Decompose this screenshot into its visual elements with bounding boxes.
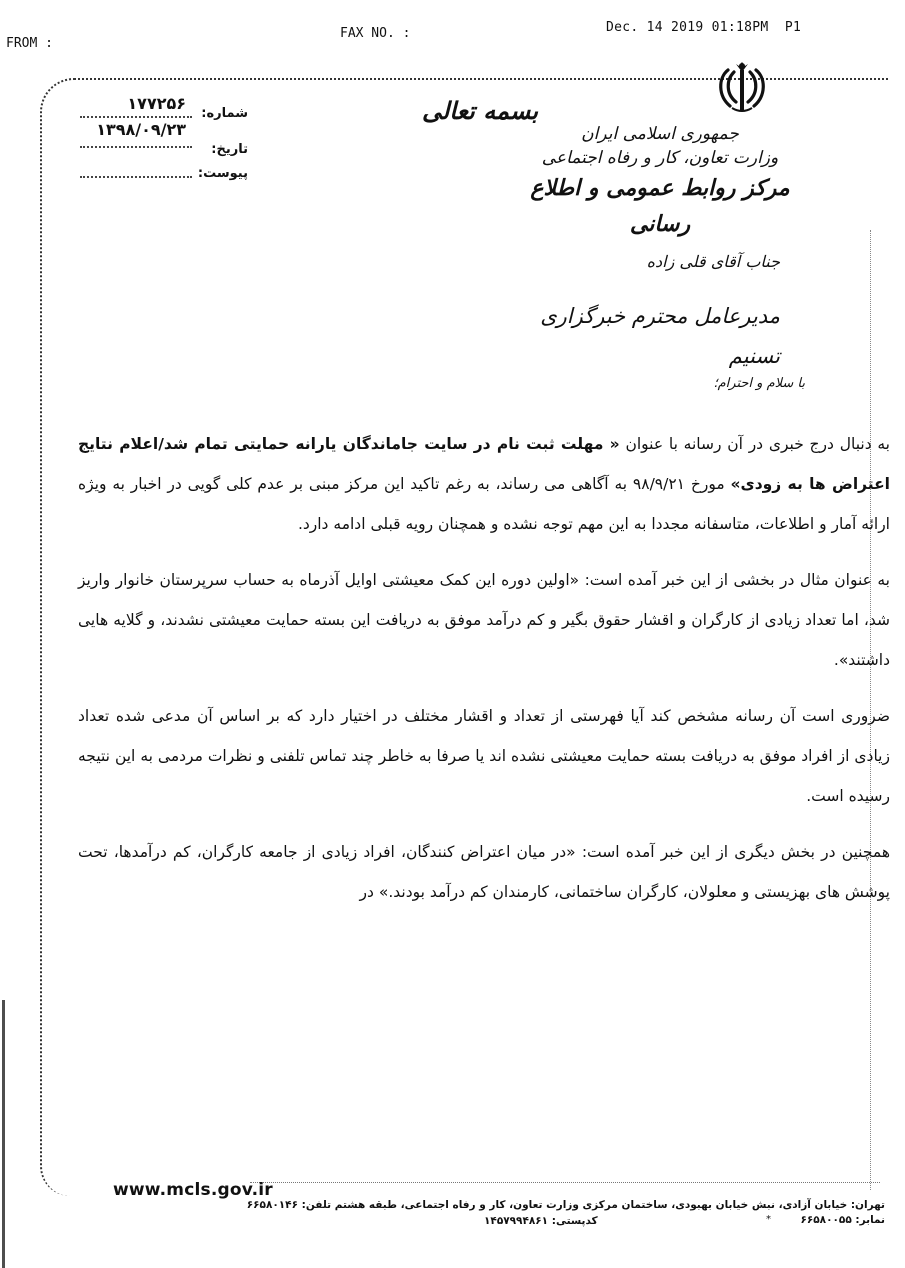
recipient-title: مدیرعامل محترم خبرگزاری تسنیم bbox=[520, 296, 780, 376]
fax-header: FROM : FAX NO. : Dec. 14 2019 01:18PM P1 bbox=[0, 18, 905, 42]
fax-from-label: FROM : bbox=[6, 36, 53, 51]
letter-number-value: ۱۷۷۲۵۶ bbox=[127, 94, 186, 113]
letter-meta: شماره: ۱۷۷۲۵۶ تاریخ: ۱۳۹۸/۰۹/۲۳ پیوست: bbox=[78, 96, 248, 180]
body-paragraph-1: به دنبال درج خبری در آن رسانه با عنوان «… bbox=[78, 424, 890, 544]
letter-body: به دنبال درج خبری در آن رسانه با عنوان «… bbox=[78, 424, 890, 928]
letter-attachment-row: پیوست: bbox=[78, 166, 248, 194]
letter-date-value: ۱۳۹۸/۰۹/۲۳ bbox=[96, 120, 186, 139]
footer-website: www.mcls.gov.ir bbox=[113, 1180, 273, 1200]
org-line-ministry: وزارت تعاون، کار و رفاه اجتماعی bbox=[530, 146, 790, 170]
org-line-country: جمهوری اسلامی ایران bbox=[530, 122, 790, 146]
body-paragraph-2: به عنوان مثال در بخشی از این خبر آمده اس… bbox=[78, 560, 890, 680]
salutation: با سلام و احترام؛ bbox=[714, 376, 806, 391]
letter-date-row: تاریخ: ۱۳۹۸/۰۹/۲۳ bbox=[78, 124, 248, 152]
fax-datetime: Dec. 14 2019 01:18PM bbox=[606, 20, 769, 35]
fax-number-label: FAX NO. : bbox=[340, 26, 410, 41]
organization-title: جمهوری اسلامی ایران وزارت تعاون، کار و ر… bbox=[530, 122, 790, 242]
fax-timestamp: Dec. 14 2019 01:18PM P1 bbox=[606, 20, 801, 35]
recipient-block: جناب آقای قلی زاده مدیرعامل محترم خبرگزا… bbox=[520, 250, 780, 376]
dotted-line bbox=[80, 176, 192, 178]
p1-intro: به دنبال درج خبری در آن رسانه با عنوان bbox=[620, 435, 890, 453]
body-paragraph-3: ضروری است آن رسانه مشخص کند آیا فهرستی ا… bbox=[78, 696, 890, 816]
scan-edge-line bbox=[2, 1000, 6, 1268]
body-paragraph-4: همچنین در بخش دیگری از این خبر آمده است:… bbox=[78, 832, 890, 912]
dotted-line bbox=[80, 116, 192, 118]
letter-number-label: شماره: bbox=[201, 106, 248, 121]
org-line-department: مرکز روابط عمومی و اطلاع رسانی bbox=[530, 170, 790, 242]
recipient-name: جناب آقای قلی زاده bbox=[520, 250, 780, 274]
letterhead-frame-bottom bbox=[250, 1182, 880, 1184]
fax-page: P1 bbox=[785, 20, 801, 35]
letter-attachment-label: پیوست: bbox=[198, 166, 248, 181]
letter-date-label: تاریخ: bbox=[211, 142, 248, 157]
footer-mark: * bbox=[766, 1214, 771, 1225]
dotted-line bbox=[80, 146, 192, 148]
footer-postal-code: کدپستی: ۱۴۵۷۹۹۴۸۶۱ bbox=[484, 1215, 598, 1227]
basmala-heading: بسمه تعالی bbox=[420, 96, 540, 125]
iran-emblem-icon bbox=[712, 56, 772, 116]
